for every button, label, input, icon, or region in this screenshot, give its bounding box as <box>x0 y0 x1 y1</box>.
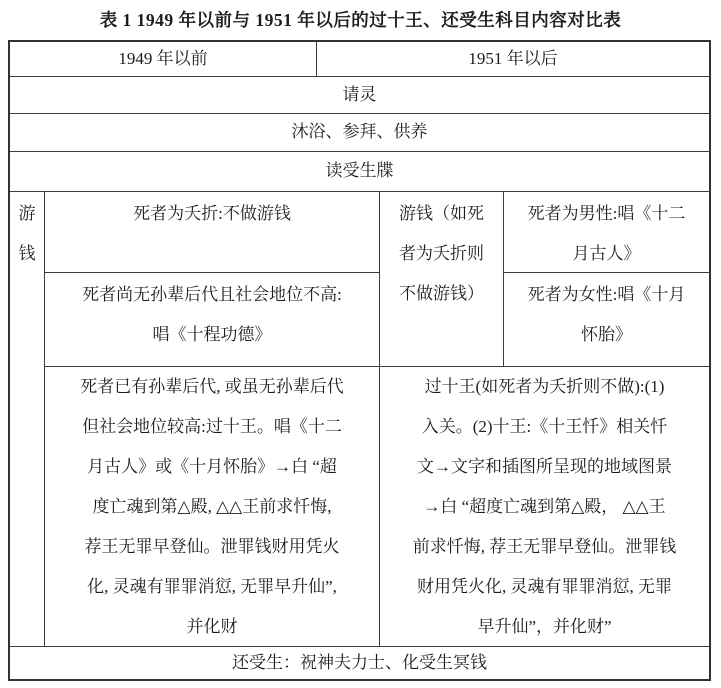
qingling-row: 请灵 <box>10 77 709 114</box>
post1951-header-cell: 1951 年以后 <box>317 42 709 77</box>
huan-shousheng-row: 还受生：祝神夫力士、化受生冥钱 <box>10 647 709 679</box>
muyu-canbai-gongyang-row: 沐浴、参拜、供养 <box>10 114 709 152</box>
table-caption: 表 1 1949 年以前与 1951 年以后的过十王、还受生科目内容对比表 <box>0 7 721 32</box>
post1951-female-cell: 死者为女性:唱《十月 怀胎》 <box>504 273 709 367</box>
du-shousheng-die-row: 读受生牒 <box>10 152 709 192</box>
paper-table-page: 表 1 1949 年以前与 1951 年以后的过十王、还受生科目内容对比表 19… <box>0 0 721 688</box>
pre1949-premature-cell: 死者为夭折:不做游钱 <box>45 192 380 273</box>
youqian-row-label: 游 钱 <box>10 192 45 647</box>
post1951-guoshiwang-cell: 过十王(如死者为夭折则不做):(1) 入关。(2)十王:《十王忏》相关忏 文→文… <box>380 367 709 647</box>
post1951-male-cell: 死者为男性:唱《十二 月古人》 <box>504 192 709 273</box>
pre1949-header-cell: 1949 年以前 <box>10 42 317 77</box>
pre1949-guoshiwang-cell: 死者已有孙辈后代, 或虽无孙辈后代 但社会地位较高:过十王。唱《十二 月古人》或… <box>45 367 380 647</box>
comparison-table: 1949 年以前 1951 年以后 请灵 沐浴、参拜、供养 读受生牒 游 钱 死… <box>8 40 711 681</box>
post1951-youqian-note-cell: 游钱（如死 者为夭折则 不做游钱） <box>380 192 504 367</box>
pre1949-no-grandchildren-cell: 死者尚无孙辈后代且社会地位不高: 唱《十程功德》 <box>45 273 380 367</box>
